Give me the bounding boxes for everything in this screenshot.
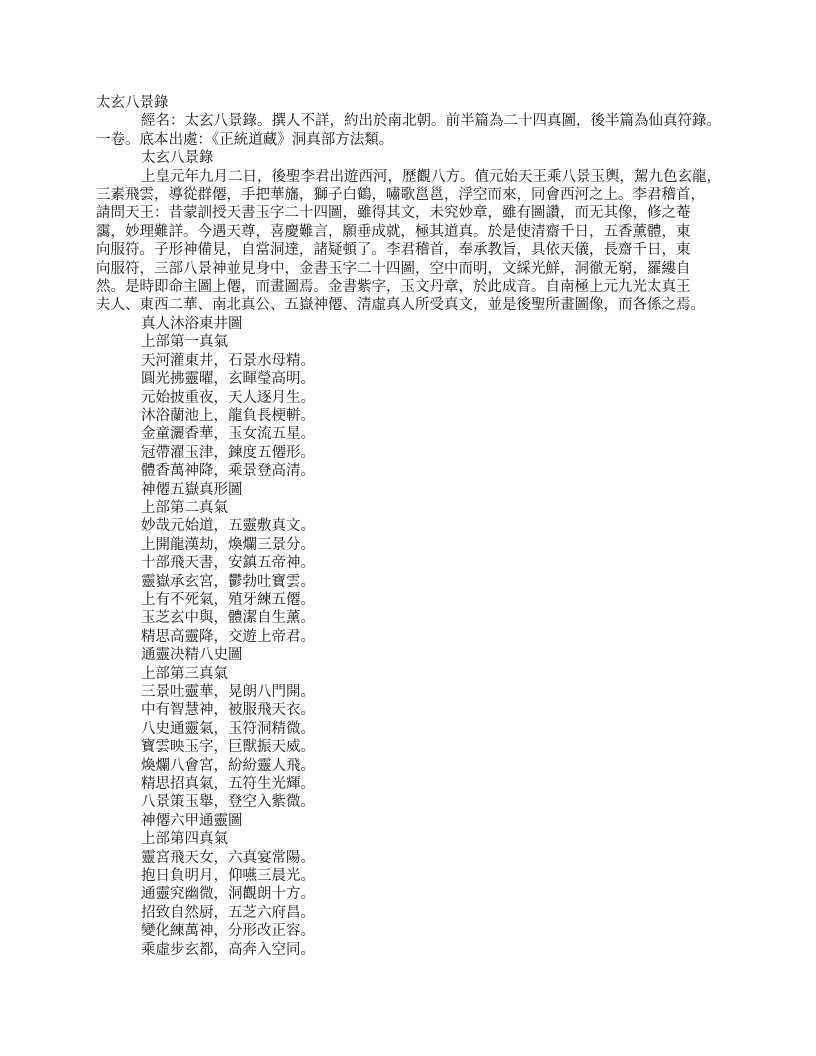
verse-line: 金童灑香華，玉女流五星。 (96, 425, 721, 443)
verse-line: 變化練萬神，分形改正容。 (96, 922, 721, 940)
preface-line: 夫人、東西二華、南北真公、五嶽神僊、清虛真人所受真文，並是後聖所畫圖像，而各係之… (96, 296, 721, 314)
section-heading: 上部第三真氣 (96, 665, 721, 683)
figure-title: 神僊六甲通靈圖 (96, 812, 721, 830)
figure-title: 真人沐浴東井圖 (96, 315, 721, 333)
verse-line: 精思高靈降，交遊上帝君。 (96, 628, 721, 646)
figure-title: 神僊五嶽真形圖 (96, 481, 721, 499)
preface-line: 請問天王：昔蒙訓授天書玉字二十四圖，雖得其文，未究妙章，雖有圖讚，而无其像，修之… (96, 204, 721, 222)
document-title: 太玄八景錄 (96, 94, 721, 112)
verse-line: 妙哉元始道，五靈敷真文。 (96, 517, 721, 535)
document-page: 太玄八景錄 經名：太玄八景錄。撰人不詳，約出於南北朝。前半篇為二十四真圖，後半篇… (0, 0, 816, 1056)
verse-line: 上有不死氣，殖牙練五僊。 (96, 591, 721, 609)
verse-line: 體香萬神降，乘景登高清。 (96, 462, 721, 480)
preface-line: 三素飛雲，導從群僊，手把華旛，獅子白鶴，嘯歌邕邕，浮空而來，同會西河之上。李君稽… (96, 186, 721, 204)
verse-line: 冠帶濯玉津，鍊度五僊形。 (96, 444, 721, 462)
document-body: 太玄八景錄 經名：太玄八景錄。撰人不詳，約出於南北朝。前半篇為二十四真圖，後半篇… (96, 94, 721, 959)
verse-line: 精思招真氣，五符生光輝。 (96, 775, 721, 793)
verse-line: 八史通靈氣，玉符洞精微。 (96, 720, 721, 738)
preface-line: 向服符。子形神備見，自當洞達，諸疑頓了。李君稽首，奉承教旨，具依天儀，長齋千日，… (96, 241, 721, 259)
verse-line: 煥爛八會宮，紛紛靈人飛。 (96, 757, 721, 775)
preface-line: 上皇元年九月二日，後聖李君出遊西河，歷觀八方。值元始天王乘八景玉輿，駕九色玄龍， (96, 168, 721, 186)
verse-line: 通靈究幽微，洞觀朗十方。 (96, 885, 721, 903)
verse-line: 八景策玉舉，登空入紫微。 (96, 793, 721, 811)
colophon-line: 經名：太玄八景錄。撰人不詳，約出於南北朝。前半篇為二十四真圖，後半篇為仙真符錄。 (96, 112, 721, 130)
verse-line: 靈宮飛天女，六真宴常陽。 (96, 849, 721, 867)
section-heading: 上部第一真氣 (96, 333, 721, 351)
preface-line: 靄，妙理難詳。今遇天尊，喜慶難言，願垂成就，極其道真。於是使清齋千日，五香薰體，… (96, 223, 721, 241)
verse-line: 抱日負明月，仰嚥三晨光。 (96, 867, 721, 885)
inner-title: 太玄八景錄 (96, 149, 721, 167)
verse-line: 三景吐靈華，晃朗八門開。 (96, 683, 721, 701)
verse-line: 上開龍漢劫，煥爛三景分。 (96, 536, 721, 554)
verse-line: 寶雲映玉字，巨獸振天威。 (96, 738, 721, 756)
verse-line: 元始披重夜，天人逐月生。 (96, 389, 721, 407)
preface-line: 向服符，三部八景神並見身中，金書玉字二十四圖，空中而明，文綵光鮮，洞徹无窮，羅縷… (96, 260, 721, 278)
verse-line: 靈嶽承玄宮，鬱勃吐寶雲。 (96, 573, 721, 591)
verse-line: 中有智慧神，被服飛天衣。 (96, 701, 721, 719)
colophon-line: 一卷。底本出處：《正統道藏》洞真部方法類。 (96, 131, 721, 149)
verse-line: 乘虛步玄都，高奔入空同。 (96, 941, 721, 959)
verse-line: 玉芝玄中與，體潔自生薰。 (96, 609, 721, 627)
verse-line: 招致自然厨，五芝六府昌。 (96, 904, 721, 922)
verse-line: 沐浴蘭池上，龍負長梗軿。 (96, 407, 721, 425)
preface-line: 然。是時即命主圖上僊，而畫圖焉。金書紫字，玉文丹章，於此成音。自南極上元九光太真… (96, 278, 721, 296)
figure-title: 通靈决精八史圖 (96, 646, 721, 664)
verse-line: 天河灌東井，石景水母精。 (96, 352, 721, 370)
verse-line: 十部飛天書，安鎮五帝神。 (96, 554, 721, 572)
section-heading: 上部第四真氣 (96, 830, 721, 848)
section-heading: 上部第二真氣 (96, 499, 721, 517)
verse-line: 圓光拂靈曜，玄暉瑩高明。 (96, 370, 721, 388)
